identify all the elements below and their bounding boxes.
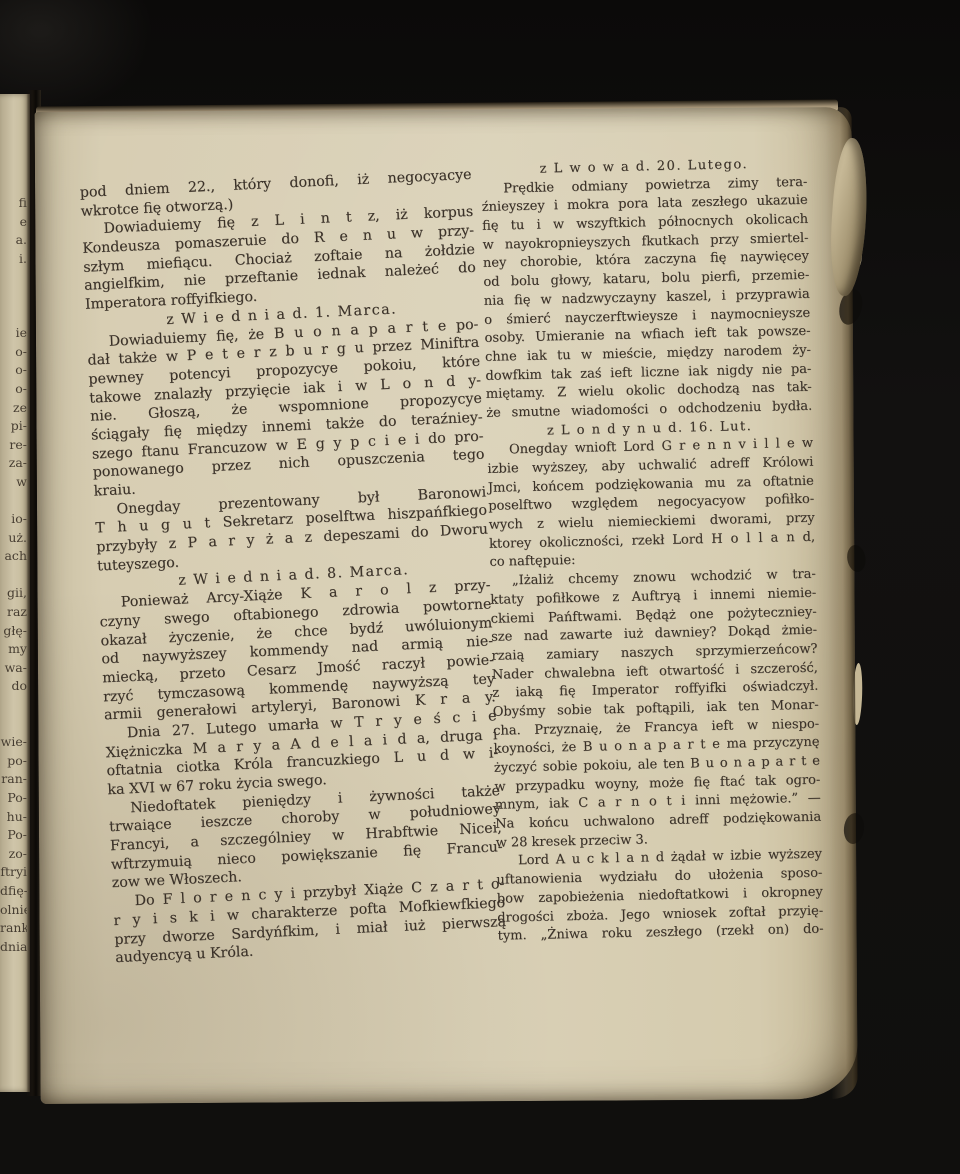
edge-text-fragment: re- xyxy=(0,436,27,455)
edge-text-fragment: ze xyxy=(0,399,27,418)
edge-text-fragment: olnie xyxy=(0,901,27,920)
edge-text-fragment: dfię- xyxy=(0,882,27,901)
newspaper-page: pod dniem 22., który donofi, iż negocyac… xyxy=(35,107,858,1104)
deckle-bump xyxy=(852,663,863,725)
edge-text-fragment: ftryi xyxy=(0,863,27,882)
edge-text-fragment: Po- xyxy=(0,826,27,845)
deckle-notch xyxy=(842,812,865,845)
edge-text-fragment xyxy=(0,306,27,325)
edge-text-fragment xyxy=(0,566,27,585)
edge-text-fragment: ran- xyxy=(0,770,27,789)
edge-text-fragment: e xyxy=(0,213,27,232)
edge-text-fragment: hu- xyxy=(0,808,27,827)
edge-text-fragment: a. xyxy=(0,231,27,250)
edge-text-fragment: do xyxy=(0,677,27,696)
deckle-notch xyxy=(845,544,867,574)
edge-text-fragment: my xyxy=(0,640,27,659)
edge-text-fragment: głę- xyxy=(0,622,27,641)
facing-page-text-fragments: fiea.i. ieo-o-o-zepi-re-za-w io-uż.ach g… xyxy=(0,94,30,956)
edge-text-fragment: dnia xyxy=(0,938,27,957)
edge-text-fragment: za- xyxy=(0,454,27,473)
edge-text-fragment: o- xyxy=(0,343,27,362)
edge-text-fragment: o- xyxy=(0,380,27,399)
facing-page-edge: fiea.i. ieo-o-o-zepi-re-za-w io-uż.ach g… xyxy=(0,94,30,1092)
edge-text-fragment: rank- xyxy=(0,919,27,938)
edge-text-fragment xyxy=(0,696,27,715)
edge-text-fragment: w xyxy=(0,473,27,492)
left-column: pod dniem 22., który donofi, iż negocyac… xyxy=(79,166,507,968)
edge-text-fragment: wie- xyxy=(0,733,27,752)
edge-text-fragment: wa- xyxy=(0,659,27,678)
edge-text-fragment: ie xyxy=(0,324,27,343)
edge-text-fragment: ach xyxy=(0,547,27,566)
edge-text-fragment xyxy=(0,492,27,511)
edge-text-fragment: i. xyxy=(0,250,27,269)
edge-text-fragment: zo- xyxy=(0,845,27,864)
edge-text-fragment xyxy=(0,715,27,734)
edge-text-fragment: pi- xyxy=(0,417,27,436)
edge-text-fragment: o- xyxy=(0,361,27,380)
edge-text-fragment: io- xyxy=(0,510,27,529)
scan-background: fiea.i. ieo-o-o-zepi-re-za-w io-uż.ach g… xyxy=(0,0,960,1174)
edge-text-fragment: po- xyxy=(0,752,27,771)
edge-text-fragment: gii, xyxy=(0,584,27,603)
edge-text-fragment: Po- xyxy=(0,789,27,808)
right-column: z L w o w a d. 20. Lutego.Prędkie odmian… xyxy=(481,155,824,947)
edge-text-fragment: raz xyxy=(0,603,27,622)
edge-text-fragment xyxy=(0,268,27,287)
edge-text-fragment: uż. xyxy=(0,529,27,548)
edge-text-fragment xyxy=(0,287,27,306)
edge-text-fragment: fi xyxy=(0,194,27,213)
